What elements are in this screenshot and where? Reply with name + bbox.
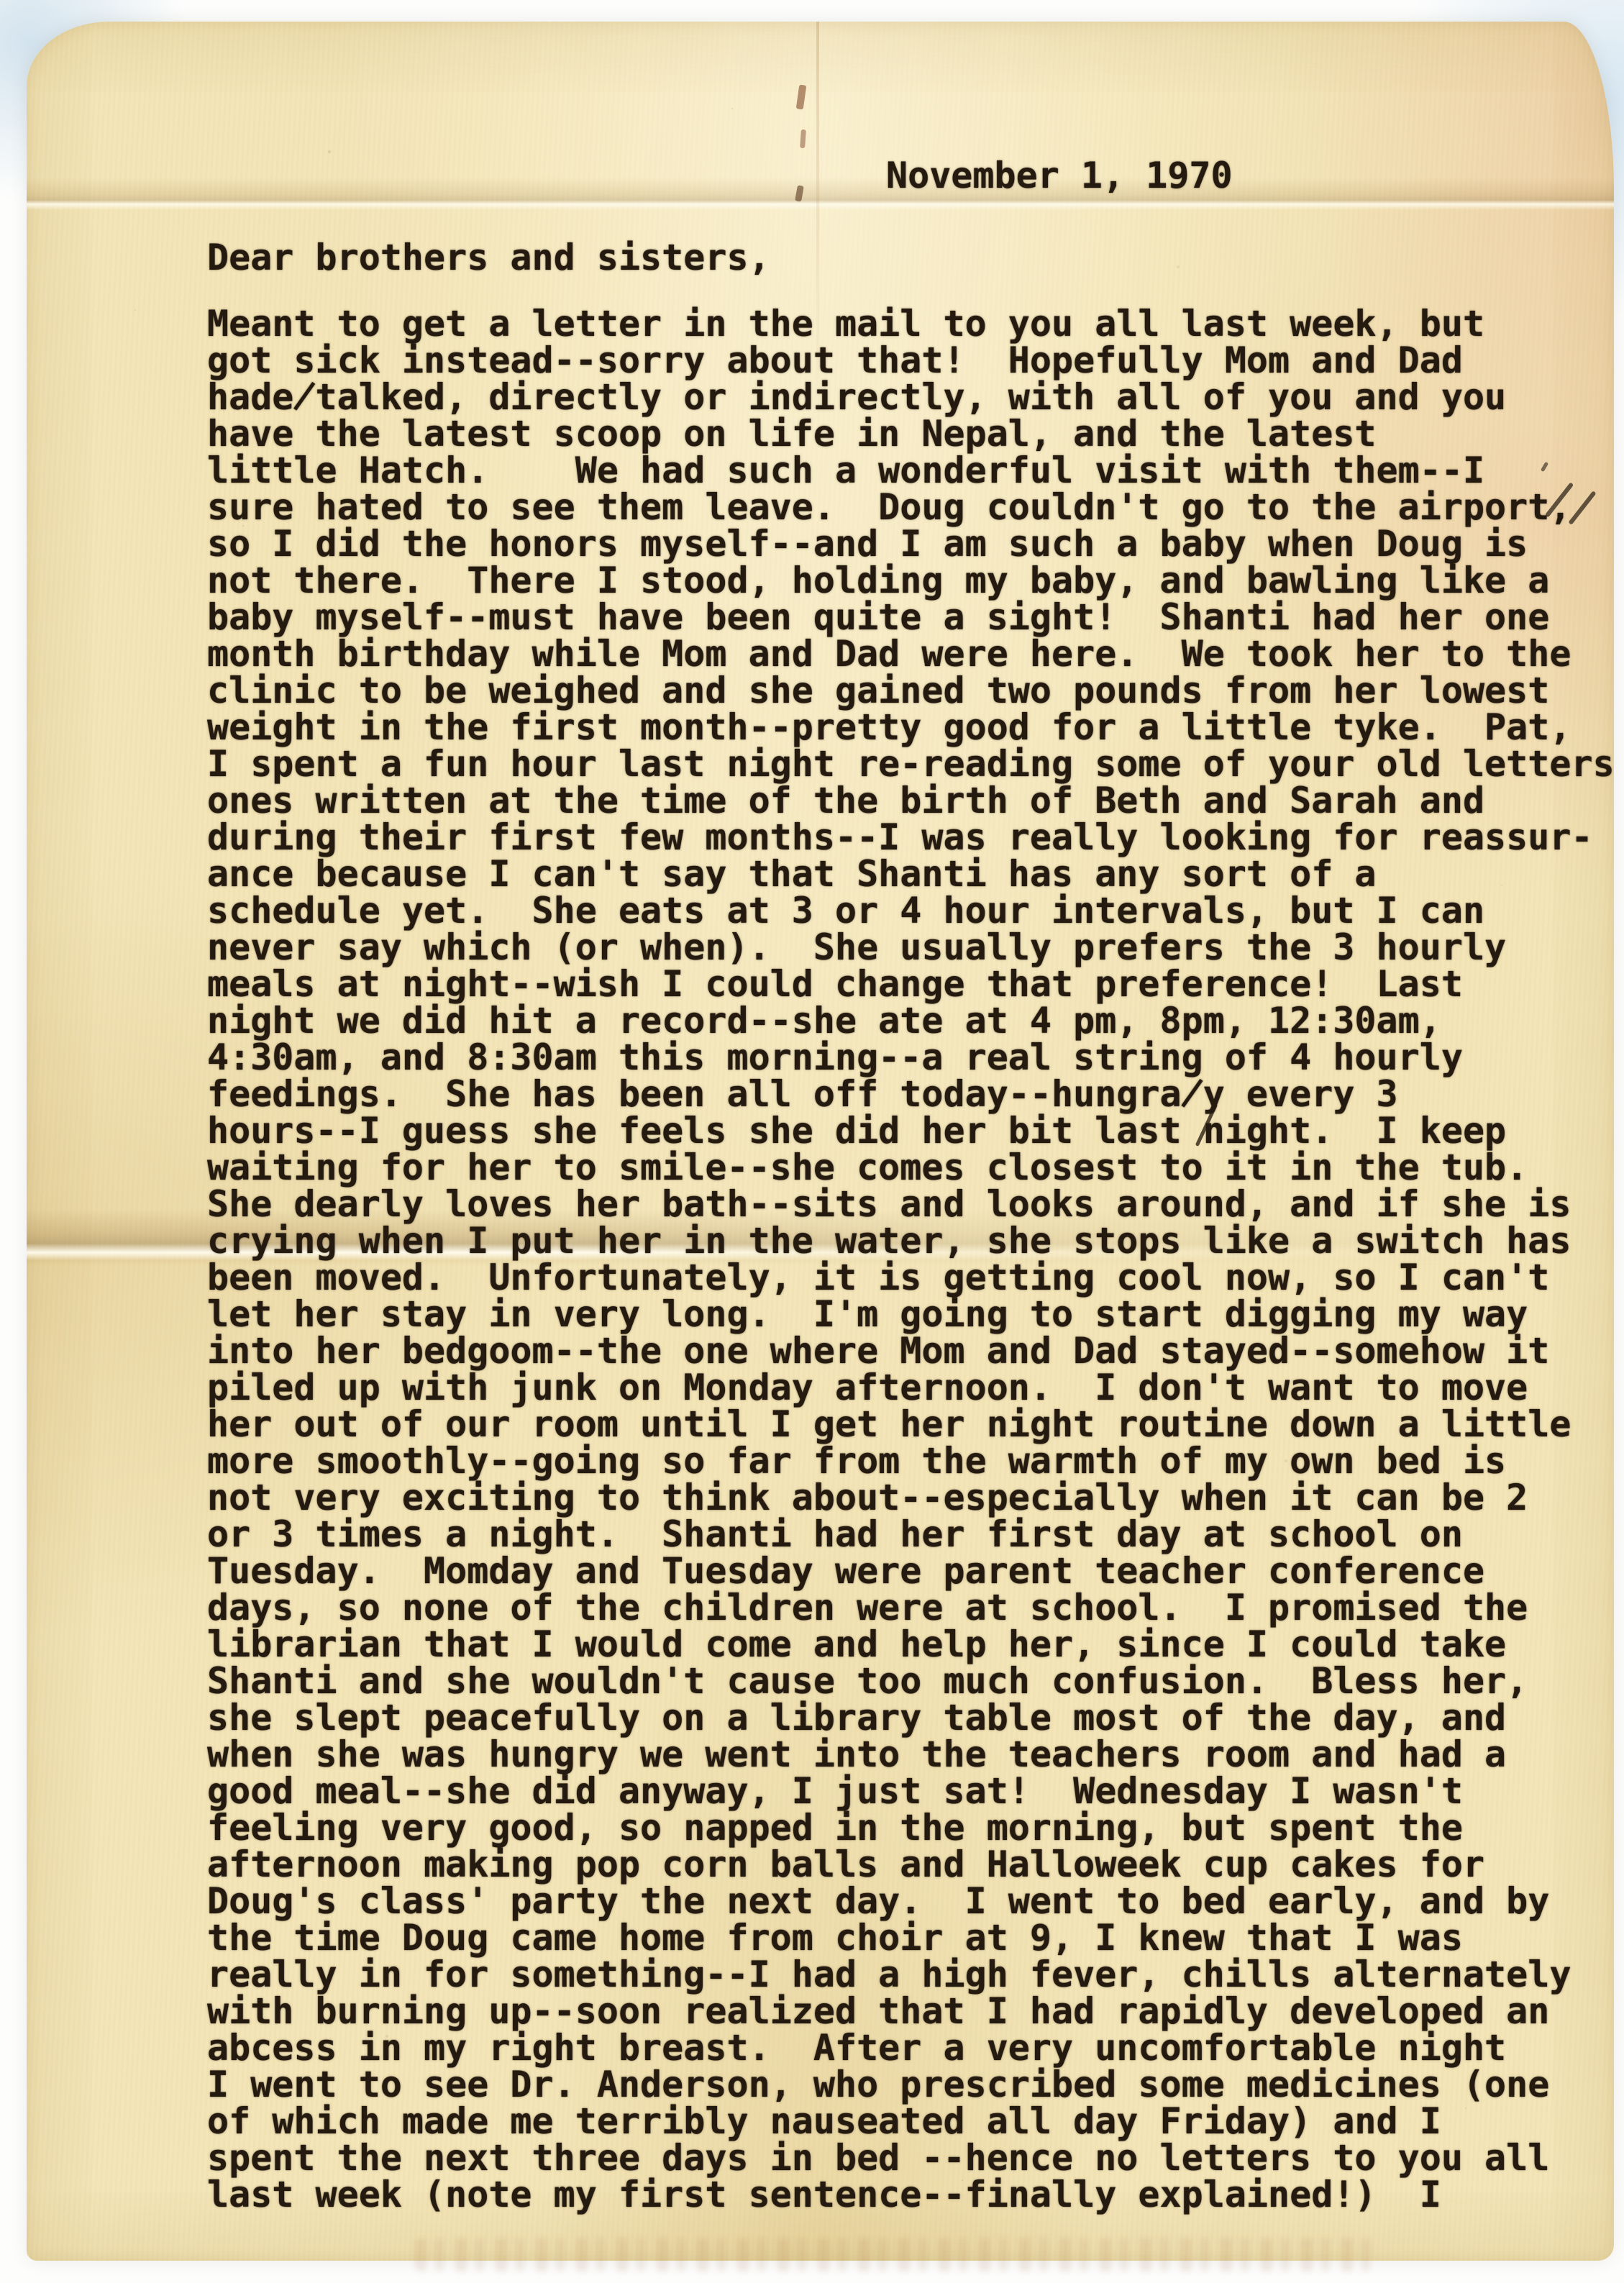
letter-line: 4:30am, and 8:30am this morning--a real … xyxy=(207,1039,1615,1076)
ink-bleed-through-ghost-text xyxy=(415,2238,1379,2271)
letter-line: she slept peacefully on a library table … xyxy=(207,1700,1615,1736)
letter-line: of which made me terribly nauseated all … xyxy=(207,2103,1615,2140)
letter-line: meals at night--wish I could change that… xyxy=(207,966,1615,1003)
letter-line: schedule yet. She eats at 3 or 4 hour in… xyxy=(207,893,1615,929)
scanned-letter-page: { "page": { "kind": "scanned typewritten… xyxy=(0,0,1624,2283)
letter-line: weight in the first month--pretty good f… xyxy=(207,709,1615,746)
letter-line: clinic to be weighed and she gained two … xyxy=(207,673,1615,709)
letter-line: more smoothly--going so far from the war… xyxy=(207,1443,1615,1480)
letter-line: Tuesday. Momday and Tuesday were parent … xyxy=(207,1553,1615,1590)
letter-line: when she was hungry we went into the tea… xyxy=(207,1736,1615,1773)
letter-line: not there. There I stood, holding my bab… xyxy=(207,562,1615,599)
letter-line: sure hated to see them leave. Doug could… xyxy=(207,489,1615,526)
letter-line: She dearly loves her bath--sits and look… xyxy=(207,1186,1615,1223)
letter-line: Meant to get a letter in the mail to you… xyxy=(207,306,1615,342)
letter-line: little Hatch. We had such a wonderful vi… xyxy=(207,452,1615,489)
ink-smudge-mark xyxy=(800,129,806,148)
letter-line: night we did hit a record--she ate at 4 … xyxy=(207,1003,1615,1039)
paper-speckles xyxy=(27,22,28,23)
letter-body: Meant to get a letter in the mail to you… xyxy=(207,306,1615,2213)
letter-line: so I did the honors myself--and I am suc… xyxy=(207,526,1615,562)
horizontal-fold-crease-top xyxy=(27,177,1614,210)
letter-line: piled up with junk on Monday afternoon. … xyxy=(207,1370,1615,1406)
letter-line: never say which (or when). She usually p… xyxy=(207,929,1615,966)
letter-line: crying when I put her in the water, she … xyxy=(207,1223,1615,1259)
letter-paper: November 1, 1970 Dear brothers and siste… xyxy=(27,22,1614,2261)
letter-salutation: Dear brothers and sisters, xyxy=(207,237,770,278)
letter-line: into her bedgoom--the one where Mom and … xyxy=(207,1333,1615,1370)
letter-line: waiting for her to smile--she comes clos… xyxy=(207,1149,1615,1186)
letter-line: hours--I guess she feels she did her bit… xyxy=(207,1113,1615,1149)
letter-line: feedings. She has been all off today--hu… xyxy=(207,1076,1615,1113)
letter-line: baby myself--must have been quite a sigh… xyxy=(207,599,1615,636)
letter-line: ance because I can't say that Shanti has… xyxy=(207,856,1615,893)
letter-line: got sick instead--sorry about that! Hope… xyxy=(207,342,1615,379)
letter-line: last week (note my first sentence--final… xyxy=(207,2177,1615,2213)
letter-line: month birthday while Mom and Dad were he… xyxy=(207,636,1615,673)
letter-line: Doug's class' party the next day. I went… xyxy=(207,1883,1615,1920)
letter-date: November 1, 1970 xyxy=(886,155,1233,196)
letter-line: during their first few months--I was rea… xyxy=(207,819,1615,856)
letter-line: or 3 times a night. Shanti had her first… xyxy=(207,1516,1615,1553)
letter-line: I spent a fun hour last night re-reading… xyxy=(207,746,1615,783)
letter-line: afternoon making pop corn balls and Hall… xyxy=(207,1846,1615,1883)
ink-smudge-mark xyxy=(796,84,807,109)
letter-line: librarian that I would come and help her… xyxy=(207,1626,1615,1663)
letter-line: really in for something--I had a high fe… xyxy=(207,1956,1615,1993)
letter-line: not very exciting to think about--especi… xyxy=(207,1480,1615,1516)
letter-line: ones written at the time of the birth of… xyxy=(207,783,1615,819)
letter-line: abcess in my right breast. After a very … xyxy=(207,2030,1615,2066)
letter-line: feeling very good, so napped in the morn… xyxy=(207,1810,1615,1846)
letter-line: Shanti and she wouldn't cause too much c… xyxy=(207,1663,1615,1700)
letter-line: days, so none of the children were at sc… xyxy=(207,1590,1615,1626)
letter-line: good meal--she did anyway, I just sat! W… xyxy=(207,1773,1615,1810)
letter-line: hade̸talked, directly or indirectly, wit… xyxy=(207,379,1615,416)
letter-line: have the latest scoop on life in Nepal, … xyxy=(207,416,1615,452)
letter-line: with burning up--soon realized that I ha… xyxy=(207,1993,1615,2030)
letter-line: spent the next three days in bed --hence… xyxy=(207,2140,1615,2177)
letter-line: let her stay in very long. I'm going to … xyxy=(207,1296,1615,1333)
letter-line: her out of our room until I get her nigh… xyxy=(207,1406,1615,1443)
letter-line: been moved. Unfortunately, it is getting… xyxy=(207,1259,1615,1296)
letter-line: I went to see Dr. Anderson, who prescrib… xyxy=(207,2066,1615,2103)
letter-line: the time Doug came home from choir at 9,… xyxy=(207,1920,1615,1956)
